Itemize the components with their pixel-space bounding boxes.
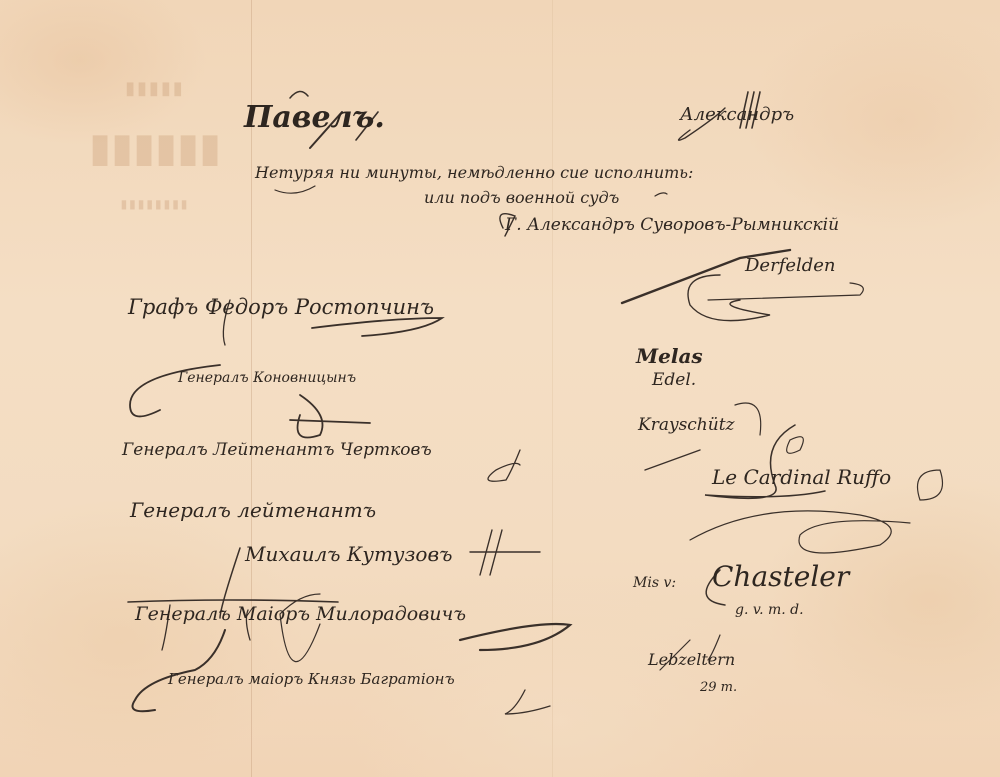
signature-chasteler-suffix: g. v. m. d. — [735, 602, 804, 618]
signature-kutuzov-name: Михаилъ Кутузовъ — [245, 542, 452, 566]
signature-alexander: Александръ — [680, 104, 794, 125]
signature-konovnitsyn: Генералъ Коновницынъ — [178, 370, 356, 386]
signature-chasteler: Chasteler — [712, 560, 849, 593]
bleed-through-print: ▮▮▮▮▮ ▮▮▮▮▮▮ ▮▮▮▮▮▮▮▮ — [60, 70, 250, 210]
signature-lebzeltern-date: 29 m. — [700, 680, 737, 695]
signature-kray: Krayschütz — [638, 415, 735, 435]
document-sheet: ▮▮▮▮▮ ▮▮▮▮▮▮ ▮▮▮▮▮▮▮▮ — [0, 0, 1000, 777]
order-line-1: Нетуряя ни минуты, немѣдленно сие исполн… — [255, 163, 693, 182]
signature-kutuzov-title: Генералъ лейтенантъ — [130, 498, 376, 522]
signature-derfelden: Derfelden — [745, 255, 836, 276]
signature-melas: Melas — [636, 344, 703, 368]
signature-bagration: Генералъ маіоръ Князь Багратіонъ — [168, 670, 455, 688]
signature-melas-edel: Edel. — [652, 370, 696, 390]
signature-rostopchin: Графъ Федоръ Ростопчинъ — [128, 295, 434, 319]
signature-chertkov: Генералъ Лейтенантъ Чертковъ — [122, 440, 432, 460]
signature-paul-i: Павелъ. — [244, 100, 385, 135]
signature-cardinal-ruffo: Le Cardinal Ruffo — [712, 465, 891, 489]
signature-lebzeltern: Lebzeltern — [648, 650, 735, 669]
signature-miloradovich: Генералъ Маіоръ Милорадовичъ — [135, 603, 466, 625]
signature-chasteler-prefix: Mis v: — [633, 575, 676, 591]
paper-fold-line-faint — [552, 0, 553, 777]
order-line-2: или подъ военной судъ — [424, 188, 619, 207]
signature-suvorov: Г. Александръ Суворовъ-Рымникскій — [505, 215, 839, 235]
